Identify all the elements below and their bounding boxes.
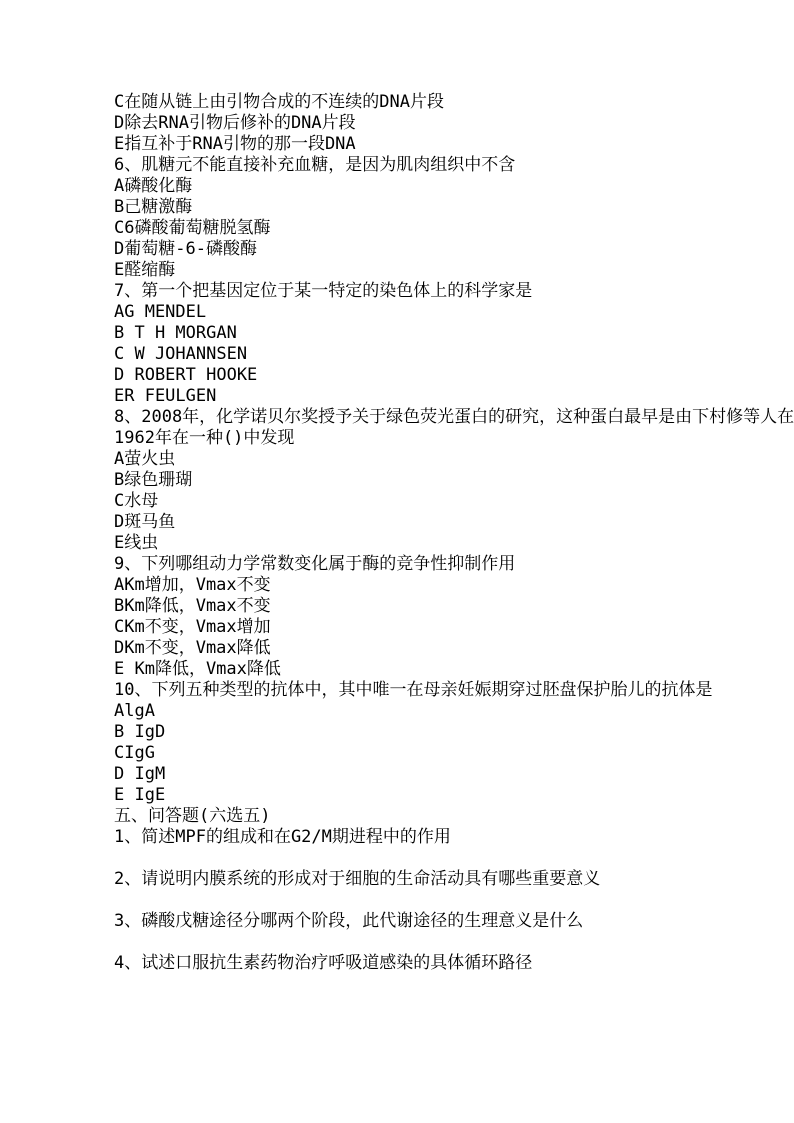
answer-option: E醛缩酶 [114, 260, 680, 281]
answer-option: DKm不变，Vmax降低 [114, 638, 680, 659]
answer-option: A萤火虫 [114, 449, 680, 470]
block-section-5-essay: 五、问答题(六选五)1、简述MPF的组成和在G2/M期进程中的作用 2、请说明内… [114, 806, 680, 974]
document-content: C在随从链上由引物合成的不连续的DNA片段D除去RNA引物后修补的DNA片段E指… [114, 92, 680, 974]
answer-option: B IgD [114, 722, 680, 743]
answer-option: D除去RNA引物后修补的DNA片段 [114, 113, 680, 134]
blank-line [114, 848, 680, 869]
answer-option: B绿色珊瑚 [114, 470, 680, 491]
answer-option: AlgA [114, 701, 680, 722]
answer-option: B T H MORGAN [114, 323, 680, 344]
answer-option: C在随从链上由引物合成的不连续的DNA片段 [114, 92, 680, 113]
question-stem: 1962年在一种()中发现 [114, 428, 680, 449]
question-stem: 6、肌糖元不能直接补充血糖，是因为肌肉组织中不含 [114, 155, 680, 176]
question-stem: 1、简述MPF的组成和在G2/M期进程中的作用 [114, 827, 680, 848]
question-stem: 7、第一个把基因定位于某一特定的染色体上的科学家是 [114, 281, 680, 302]
answer-option: CKm不变，Vmax增加 [114, 617, 680, 638]
question-stem: 8、2008年，化学诺贝尔奖授予关于绿色荧光蛋白的研究，这种蛋白最早是由下村修等… [114, 407, 680, 428]
blank-line [114, 890, 680, 911]
question-stem: 9、下列哪组动力学常数变化属于酶的竞争性抑制作用 [114, 554, 680, 575]
document-page: C在随从链上由引物合成的不连续的DNA片段D除去RNA引物后修补的DNA片段E指… [0, 0, 794, 1123]
block-question-10: 10、下列五种类型的抗体中，其中唯一在母亲妊娠期穿过胚盘保护胎儿的抗体是AlgA… [114, 680, 680, 806]
answer-option: D IgM [114, 764, 680, 785]
block-question-9: 9、下列哪组动力学常数变化属于酶的竞争性抑制作用AKm增加，Vmax不变BKm降… [114, 554, 680, 680]
answer-option: C水母 [114, 491, 680, 512]
blank-line [114, 932, 680, 953]
question-stem: 2、请说明内膜系统的形成对于细胞的生命活动具有哪些重要意义 [114, 869, 680, 890]
answer-option: D葡萄糖-6-磷酸酶 [114, 239, 680, 260]
section-heading: 五、问答题(六选五) [114, 806, 680, 827]
question-stem: 4、试述口服抗生素药物治疗呼吸道感染的具体循环路径 [114, 953, 680, 974]
question-stem: 10、下列五种类型的抗体中，其中唯一在母亲妊娠期穿过胚盘保护胎儿的抗体是 [114, 680, 680, 701]
answer-option: A磷酸化酶 [114, 176, 680, 197]
answer-option: C W JOHANNSEN [114, 344, 680, 365]
block-question-7: 7、第一个把基因定位于某一特定的染色体上的科学家是AG MENDELB T H … [114, 281, 680, 407]
answer-option: D斑马鱼 [114, 512, 680, 533]
block-question-5-remaining-options: C在随从链上由引物合成的不连续的DNA片段D除去RNA引物后修补的DNA片段E指… [114, 92, 680, 155]
answer-option: AKm增加，Vmax不变 [114, 575, 680, 596]
answer-option: B己糖激酶 [114, 197, 680, 218]
answer-option: ER FEULGEN [114, 386, 680, 407]
answer-option: BKm降低，Vmax不变 [114, 596, 680, 617]
answer-option: AG MENDEL [114, 302, 680, 323]
answer-option: E IgE [114, 785, 680, 806]
answer-option: D ROBERT HOOKE [114, 365, 680, 386]
answer-option: E线虫 [114, 533, 680, 554]
block-question-6: 6、肌糖元不能直接补充血糖，是因为肌肉组织中不含A磷酸化酶B己糖激酶C6磷酸葡萄… [114, 155, 680, 281]
question-stem: 3、磷酸戊糖途径分哪两个阶段，此代谢途径的生理意义是什么 [114, 911, 680, 932]
answer-option: CIgG [114, 743, 680, 764]
answer-option: E指互补于RNA引物的那一段DNA [114, 134, 680, 155]
block-question-8: 8、2008年，化学诺贝尔奖授予关于绿色荧光蛋白的研究，这种蛋白最早是由下村修等… [114, 407, 680, 554]
answer-option: E Km降低，Vmax降低 [114, 659, 680, 680]
answer-option: C6磷酸葡萄糖脱氢酶 [114, 218, 680, 239]
